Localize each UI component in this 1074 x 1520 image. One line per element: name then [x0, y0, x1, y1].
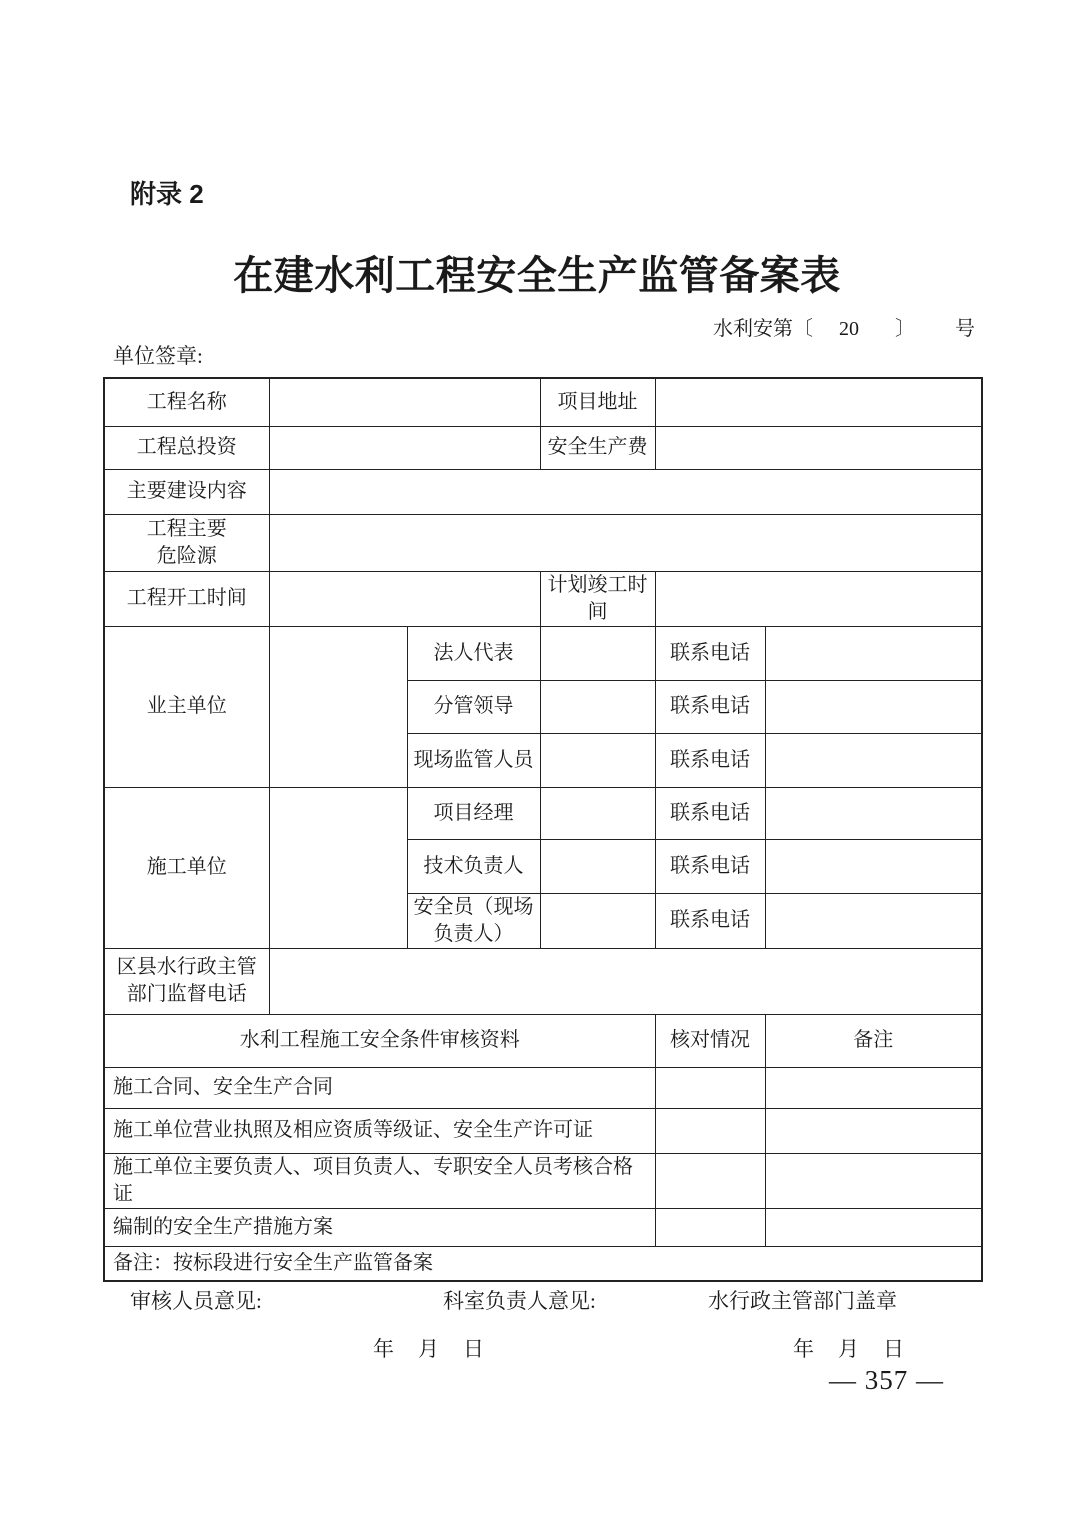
main-construction-value-cell [269, 469, 982, 514]
unit-seal-label: 单位签章: [113, 344, 203, 368]
total-investment-label: 工程总投资 [104, 426, 269, 469]
safety-cost-value-cell [655, 426, 982, 469]
year-label: 年 [793, 1337, 814, 1361]
project-name-label: 工程名称 [104, 378, 269, 426]
audit-item-contracts: 施工合同、安全生产合同 [104, 1067, 655, 1108]
contractor-tech-lead-value-cell [540, 839, 655, 893]
date-line-left: 年 月 日 [373, 1337, 484, 1361]
appendix-label: 附录 2 [130, 180, 204, 208]
page-title: 在建水利工程安全生产监管备案表 [0, 250, 1074, 302]
contractor-pm-phone-label: 联系电话 [655, 787, 765, 839]
row-audit-item-contracts: 施工合同、安全生产合同 [104, 1067, 982, 1108]
total-investment-value-cell [269, 426, 540, 469]
doc-number-prefix: 水利安第〔 [713, 316, 813, 342]
audit-footnote: 备注：按标段进行安全生产监管备案 [104, 1246, 982, 1281]
planned-completion-value-cell [655, 571, 982, 626]
row-main-construction: 主要建设内容 [104, 469, 982, 514]
department-seal-label: 水行政主管部门盖章 [708, 1289, 897, 1313]
row-audit-footnote: 备注：按标段进行安全生产监管备案 [104, 1246, 982, 1281]
row-start-time: 工程开工时间 计划竣工时间 [104, 571, 982, 626]
audit-item-contracts-check-cell [655, 1067, 765, 1108]
owner-leader-value-cell [540, 680, 655, 733]
owner-unit-label: 业主单位 [104, 626, 269, 787]
row-audit-header: 水利工程施工安全条件审核资料 核对情况 备注 [104, 1014, 982, 1067]
contractor-unit-value-cell [269, 787, 407, 948]
contractor-tech-lead-phone-label: 联系电话 [655, 839, 765, 893]
owner-site-supervisor-phone-label: 联系电话 [655, 733, 765, 787]
main-hazards-label: 工程主要危险源 [104, 514, 269, 571]
row-audit-item-certificates: 施工单位主要负责人、项目负责人、专职安全人员考核合格证 [104, 1153, 982, 1208]
row-project-name: 工程名称 项目地址 [104, 378, 982, 426]
audit-item-safety-plan-check-cell [655, 1208, 765, 1246]
planned-completion-label: 计划竣工时间 [540, 571, 655, 626]
owner-legal-rep-value-cell [540, 626, 655, 680]
audit-item-certificates-check-cell [655, 1153, 765, 1208]
audit-item-licenses-check-cell [655, 1108, 765, 1153]
document-page: 附录 2 在建水利工程安全生产监管备案表 水利安第〔 20 〕 号 单位签章: … [0, 0, 1074, 1520]
contractor-pm-label: 项目经理 [407, 787, 540, 839]
month-label: 月 [418, 1337, 439, 1361]
contractor-safety-officer-phone-label: 联系电话 [655, 893, 765, 948]
owner-site-supervisor-label: 现场监管人员 [407, 733, 540, 787]
contractor-tech-lead-label: 技术负责人 [407, 839, 540, 893]
doc-number-line: 水利安第〔 20 〕 号 [713, 316, 975, 342]
safety-cost-label: 安全生产费 [540, 426, 655, 469]
owner-legal-rep-phone-value-cell [765, 626, 982, 680]
year-label: 年 [373, 1337, 394, 1361]
project-address-label: 项目地址 [540, 378, 655, 426]
row-audit-item-safety-plan: 编制的安全生产措施方案 [104, 1208, 982, 1246]
audit-item-licenses: 施工单位营业执照及相应资质等级证、安全生产许可证 [104, 1108, 655, 1153]
supervision-phone-value-cell [269, 948, 982, 1014]
contractor-safety-officer-phone-value-cell [765, 893, 982, 948]
doc-number-year: 20 [839, 316, 859, 342]
contractor-tech-lead-phone-value-cell [765, 839, 982, 893]
owner-leader-phone-label: 联系电话 [655, 680, 765, 733]
owner-unit-value-cell [269, 626, 407, 787]
main-hazards-value-cell [269, 514, 982, 571]
row-main-hazards: 工程主要危险源 [104, 514, 982, 571]
day-label: 日 [883, 1337, 904, 1361]
start-time-label: 工程开工时间 [104, 571, 269, 626]
day-label: 日 [463, 1337, 484, 1361]
audit-remark-header: 备注 [765, 1014, 982, 1067]
main-construction-label: 主要建设内容 [104, 469, 269, 514]
audit-item-licenses-remark-cell [765, 1108, 982, 1153]
contractor-pm-value-cell [540, 787, 655, 839]
audit-item-safety-plan: 编制的安全生产措施方案 [104, 1208, 655, 1246]
contractor-safety-officer-label: 安全员（现场负责人） [407, 893, 540, 948]
row-audit-item-licenses: 施工单位营业执照及相应资质等级证、安全生产许可证 [104, 1108, 982, 1153]
project-address-value-cell [655, 378, 982, 426]
audit-materials-header: 水利工程施工安全条件审核资料 [104, 1014, 655, 1067]
owner-legal-rep-phone-label: 联系电话 [655, 626, 765, 680]
doc-number-close-bracket: 〕 [895, 316, 915, 342]
row-owner-legal-rep: 业主单位 法人代表 联系电话 [104, 626, 982, 680]
month-label: 月 [838, 1337, 859, 1361]
owner-site-supervisor-value-cell [540, 733, 655, 787]
date-line-right: 年 月 日 [793, 1337, 904, 1361]
contractor-safety-officer-value-cell [540, 893, 655, 948]
contractor-pm-phone-value-cell [765, 787, 982, 839]
row-contractor-pm: 施工单位 项目经理 联系电话 [104, 787, 982, 839]
registration-form-table: 工程名称 项目地址 工程总投资 安全生产费 主要建设内容 工程主要危险源 工程开… [103, 377, 983, 1282]
audit-item-contracts-remark-cell [765, 1067, 982, 1108]
audit-check-header: 核对情况 [655, 1014, 765, 1067]
row-investment: 工程总投资 安全生产费 [104, 426, 982, 469]
audit-item-safety-plan-remark-cell [765, 1208, 982, 1246]
project-name-value-cell [269, 378, 540, 426]
start-time-value-cell [269, 571, 540, 626]
row-supervision-phone: 区县水行政主管部门监督电话 [104, 948, 982, 1014]
owner-leader-phone-value-cell [765, 680, 982, 733]
owner-site-supervisor-phone-value-cell [765, 733, 982, 787]
reviewer-opinion-label: 审核人员意见: [130, 1289, 262, 1313]
contractor-unit-label: 施工单位 [104, 787, 269, 948]
audit-item-certificates: 施工单位主要负责人、项目负责人、专职安全人员考核合格证 [104, 1153, 655, 1208]
page-number: — 357 — [829, 1364, 944, 1396]
supervision-phone-label: 区县水行政主管部门监督电话 [104, 948, 269, 1014]
doc-number-suffix: 号 [955, 316, 975, 342]
audit-item-certificates-remark-cell [765, 1153, 982, 1208]
owner-leader-label: 分管领导 [407, 680, 540, 733]
owner-legal-rep-label: 法人代表 [407, 626, 540, 680]
section-head-opinion-label: 科室负责人意见: [443, 1289, 596, 1313]
